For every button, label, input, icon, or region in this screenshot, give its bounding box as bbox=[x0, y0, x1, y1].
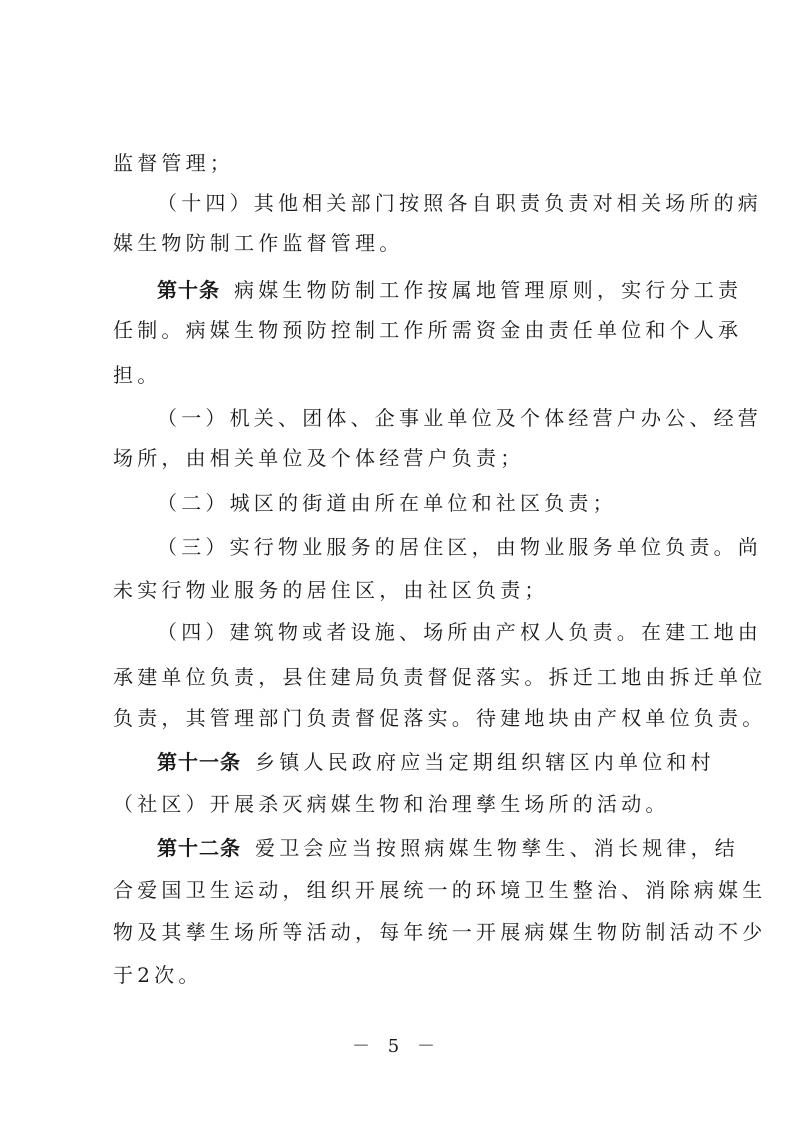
line-text: （社区）开展杀灭病媒生物和治理孳生场所的活动。 bbox=[113, 792, 670, 816]
line-text: 监督管理； bbox=[113, 151, 234, 175]
line-text: 于2次。 bbox=[113, 963, 203, 987]
line-text: 负责，其管理部门负责督促落实。待建地块由产权单位负责。 bbox=[113, 706, 766, 730]
article-heading-line: 第十二条爱卫会应当按照病媒生物孳生、消长规律，结 bbox=[157, 835, 679, 861]
text-line: （社区）开展杀灭病媒生物和治理孳生场所的活动。 bbox=[113, 791, 679, 817]
article-number: 第十二条 bbox=[157, 836, 241, 860]
line-text: 物及其孳生场所等活动，每年统一开展病媒生物防制活动不少 bbox=[113, 920, 766, 944]
text-line: 任制。病媒生物预防控制工作所需资金由责任单位和个人承 bbox=[113, 317, 679, 343]
text-line: 于2次。 bbox=[113, 962, 679, 988]
line-text: 合爱国卫生运动，组织开展统一的环境卫生整治、消除病媒生 bbox=[113, 878, 766, 902]
text-line: 合爱国卫生运动，组织开展统一的环境卫生整治、消除病媒生 bbox=[113, 877, 679, 903]
line-text: 爱卫会应当按照病媒生物孳生、消长规律，结 bbox=[255, 836, 739, 860]
line-text: 乡镇人民政府应当定期组织辖区内单位和村 bbox=[255, 750, 715, 774]
text-line: （三）实行物业服务的居住区，由物业服务单位负责。尚 bbox=[157, 534, 679, 560]
article-number: 第十条 bbox=[157, 278, 220, 302]
line-text: 任制。病媒生物预防控制工作所需资金由责任单位和个人承 bbox=[113, 318, 742, 342]
text-line: 场所，由相关单位及个体经营户负责； bbox=[113, 445, 679, 471]
text-line: （四）建筑物或者设施、场所由产权人负责。在建工地由 bbox=[157, 619, 679, 645]
text-line: 未实行物业服务的居住区，由社区负责； bbox=[113, 577, 679, 603]
line-text: 未实行物业服务的居住区，由社区负责； bbox=[113, 578, 549, 602]
text-line: （二）城区的街道由所在单位和社区负责； bbox=[157, 490, 679, 516]
line-text: 承建单位负责，县住建局负责督促落实。拆迁工地由拆迁单位 bbox=[113, 665, 766, 689]
page-number: － 5 － bbox=[0, 1032, 793, 1058]
text-line: （十四）其他相关部门按照各自职责负责对相关场所的病 bbox=[157, 190, 679, 216]
text-line: 媒生物防制工作监督管理。 bbox=[113, 230, 679, 256]
text-line: 承建单位负责，县住建局负责督促落实。拆迁工地由拆迁单位 bbox=[113, 664, 679, 690]
line-text: 担。 bbox=[113, 363, 161, 387]
line-text: （二）城区的街道由所在单位和社区负责； bbox=[157, 491, 617, 515]
text-line: 物及其孳生场所等活动，每年统一开展病媒生物防制活动不少 bbox=[113, 919, 679, 945]
text-line: 担。 bbox=[113, 362, 679, 388]
text-line: 监督管理； bbox=[113, 150, 679, 176]
line-text: 媒生物防制工作监督管理。 bbox=[113, 231, 403, 255]
article-heading-line: 第十条病媒生物防制工作按属地管理原则，实行分工责 bbox=[157, 277, 679, 303]
line-text: （四）建筑物或者设施、场所由产权人负责。在建工地由 bbox=[157, 620, 762, 644]
line-text: （三）实行物业服务的居住区，由物业服务单位负责。尚 bbox=[157, 535, 762, 559]
article-heading-line: 第十一条乡镇人民政府应当定期组织辖区内单位和村 bbox=[157, 749, 679, 775]
line-text: （一）机关、团体、企事业单位及个体经营户办公、经营 bbox=[157, 406, 762, 430]
document-page: 监督管理；（十四）其他相关部门按照各自职责负责对相关场所的病媒生物防制工作监督管… bbox=[0, 0, 793, 1122]
text-line: （一）机关、团体、企事业单位及个体经营户办公、经营 bbox=[157, 405, 679, 431]
line-text: （十四）其他相关部门按照各自职责负责对相关场所的病 bbox=[157, 191, 762, 215]
text-line: 负责，其管理部门负责督促落实。待建地块由产权单位负责。 bbox=[113, 705, 679, 731]
article-number: 第十一条 bbox=[157, 750, 241, 774]
line-text: 场所，由相关单位及个体经营户负责； bbox=[113, 446, 524, 470]
line-text: 病媒生物防制工作按属地管理原则，实行分工责 bbox=[234, 278, 742, 302]
